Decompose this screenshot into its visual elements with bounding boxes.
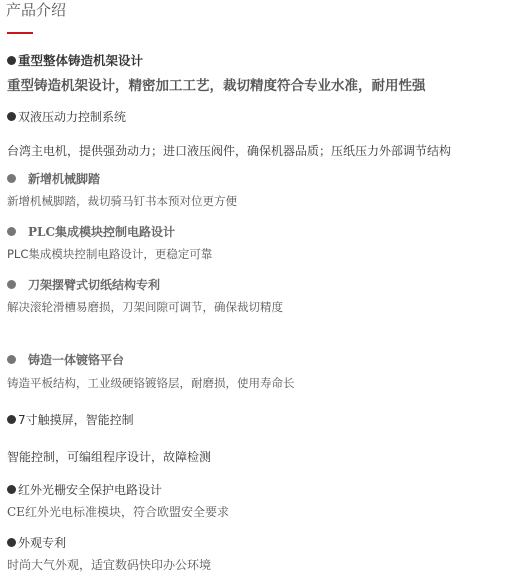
feature-description: PLC集成模块控制电路设计，更稳定可靠 [7,245,212,263]
feature-heading: 7寸触摸屏，智能控制 [7,411,134,429]
feature-description: 新增机械脚踏，裁切骑马钉书本预对位更方便 [7,192,237,210]
feature-description: 重型铸造机架设计，精密加工工艺，裁切精度符合专业水准，耐用性强 [7,77,426,95]
bullet-icon [7,174,16,183]
bullet-icon [7,112,16,121]
bullet-icon [7,280,16,289]
feature-heading-text: 7寸触摸屏，智能控制 [18,413,134,427]
feature-description: 台湾主电机，提供强劲动力；进口液压阀件，确保机器品质；压纸压力外部调节结构 [7,142,451,160]
bullet-icon [7,485,16,494]
feature-heading-text: PLC集成模块控制电路设计 [28,225,175,239]
bullet-icon [7,227,16,236]
title-underline [7,32,33,34]
feature-heading: PLC集成模块控制电路设计 [7,223,175,241]
bullet-icon [7,415,16,424]
feature-description: 时尚大气外观，适宜数码快印办公环境 [7,556,211,574]
feature-heading: 双液压动力控制系统 [7,108,126,126]
feature-heading-text: 铸造一体镀铬平台 [28,353,124,367]
feature-heading: 外观专利 [7,534,66,552]
feature-heading-text: 外观专利 [18,536,66,550]
feature-heading-text: 刀架摆臂式切纸结构专利 [28,278,160,292]
feature-heading-text: 红外光栅安全保护电路设计 [18,483,162,497]
bullet-icon [7,355,16,364]
feature-heading-text: 重型整体铸造机架设计 [18,53,143,68]
feature-description: CE红外光电标准模块，符合欧盟安全要求 [7,503,229,521]
feature-heading-text: 新增机械脚踏 [28,172,100,186]
feature-description: 解决滚轮滑槽易磨损，刀架间隙可调节，确保裁切精度 [7,298,283,316]
feature-heading: 重型整体铸造机架设计 [7,52,143,70]
bullet-icon [7,56,16,65]
feature-heading-text: 双液压动力控制系统 [18,110,126,124]
feature-heading: 刀架摆臂式切纸结构专利 [7,276,160,294]
bullet-icon [7,538,16,547]
feature-heading: 红外光栅安全保护电路设计 [7,481,162,499]
feature-heading: 新增机械脚踏 [7,170,100,188]
feature-heading: 铸造一体镀铬平台 [7,351,124,369]
feature-description: 铸造平板结构，工业级硬铬镀铬层，耐磨损，使用寿命长 [7,374,295,392]
section-title: 产品介绍 [6,0,66,20]
feature-description: 智能控制，可编组程序设计，故障检测 [7,448,211,466]
